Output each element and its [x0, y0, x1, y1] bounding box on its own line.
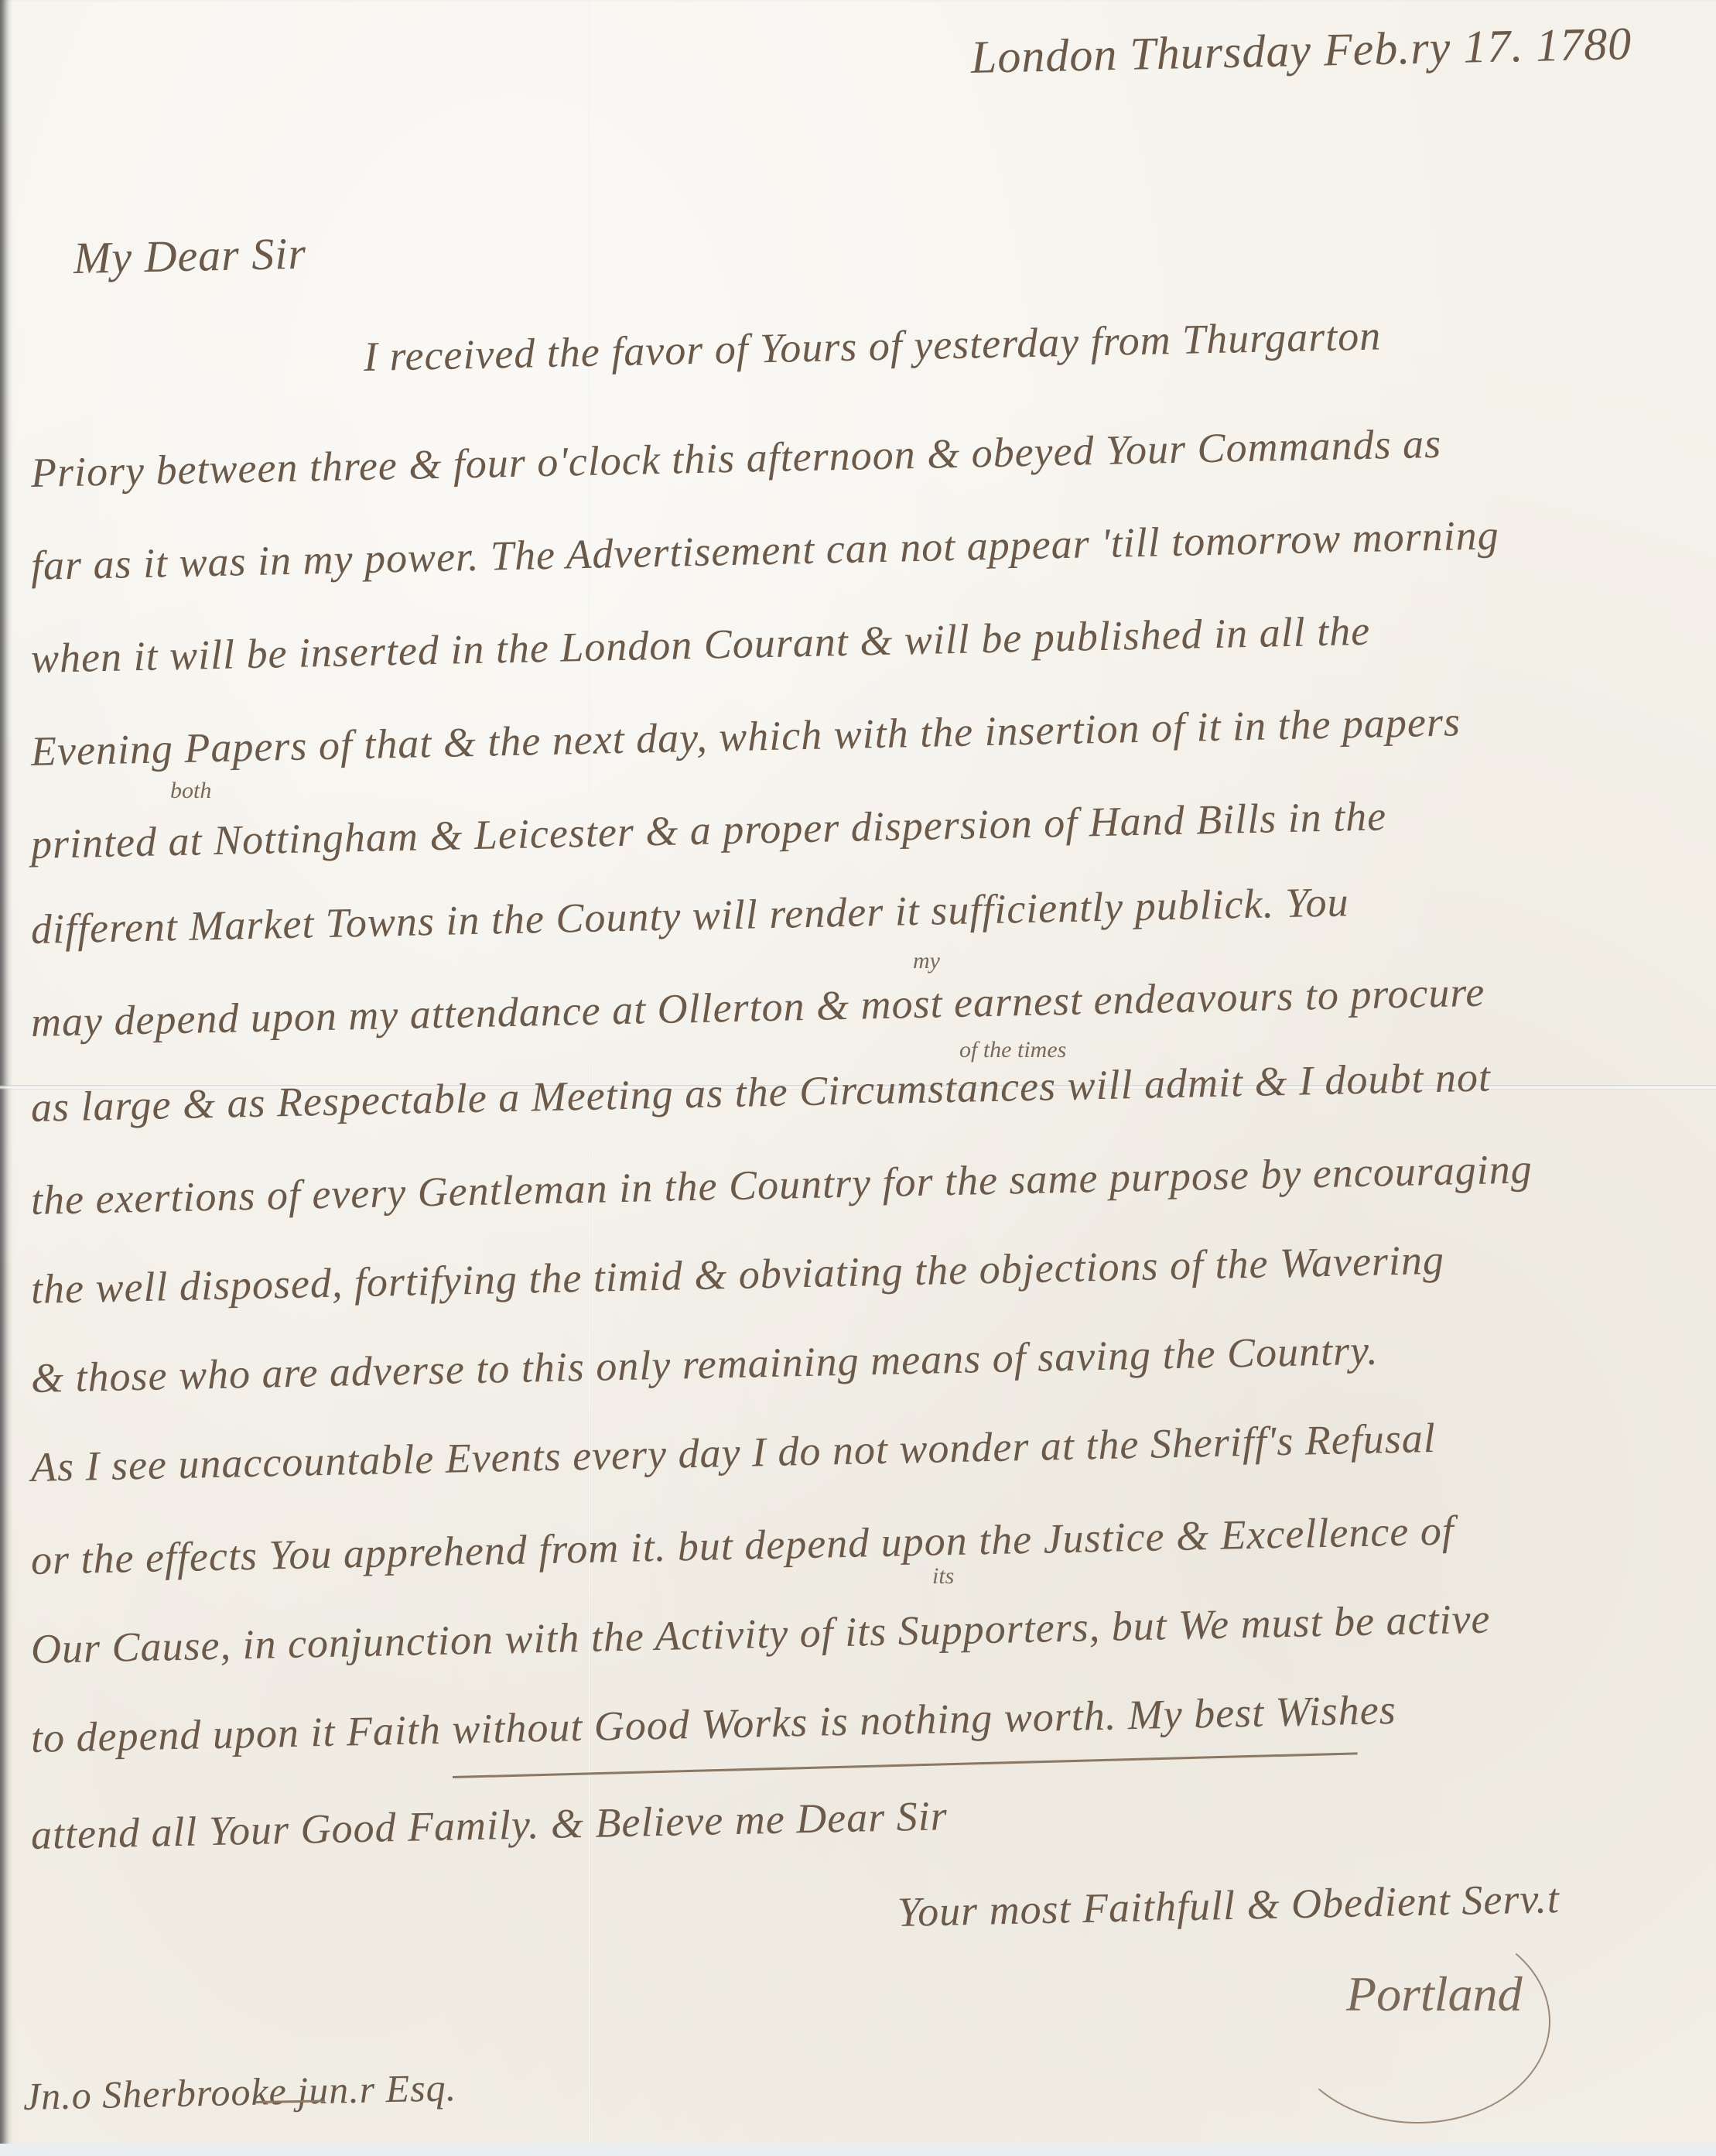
signature-flourish — [1284, 1919, 1550, 2123]
addressee: Jn.o Sherbrooke jun.r Esq. — [22, 2065, 456, 2119]
torn-bottom-edge — [0, 2144, 1716, 2156]
body-line-17: attend all Your Good Family. & Believe m… — [30, 1792, 948, 1859]
body-line-8: may depend upon my attendance at Ollerto… — [30, 968, 1485, 1046]
body-line-13: As I see unaccountable Events every day … — [30, 1414, 1436, 1491]
interlinear-my: my — [913, 948, 940, 974]
body-line-2: Priory between three & four o'clock this… — [30, 419, 1441, 497]
body-line-10: the exertions of every Gentleman in the … — [30, 1145, 1533, 1224]
body-line-14: or the effects You apprehend from it. bu… — [30, 1506, 1454, 1584]
body-line-9: as large & as Respectable a Meeting as t… — [30, 1052, 1491, 1131]
body-line-4: when it will be inserted in the London C… — [30, 607, 1370, 683]
body-line-7: different Market Towns in the County wil… — [30, 878, 1349, 953]
interlinear-both: both — [170, 778, 211, 804]
dateline: London Thursday Feb.ry 17. 1780 — [970, 17, 1632, 84]
body-line-5: Evening Papers of that & the next day, w… — [30, 697, 1461, 775]
body-line-12: & those who are adverse to this only rem… — [30, 1326, 1379, 1402]
interlinear-of-the-times: of the times — [959, 1037, 1066, 1063]
body-line-15: Our Cause, in conjunction with the Activ… — [30, 1594, 1491, 1673]
letter-sheet: London Thursday Feb.ry 17. 1780 My Dear … — [0, 0, 1716, 2156]
body-line-3: far as it was in my power. The Advertise… — [30, 511, 1499, 590]
body-line-6: printed at Nottingham & Leicester & a pr… — [30, 792, 1386, 868]
body-line-1: I received the favor of Yours of yesterd… — [363, 311, 1381, 381]
body-line-16: to depend upon it Faith without Good Wor… — [30, 1685, 1396, 1762]
salutation: My Dear Sir — [73, 228, 306, 284]
interlinear-its: its — [932, 1563, 954, 1590]
body-line-11: the well disposed, fortifying the timid … — [30, 1236, 1444, 1313]
